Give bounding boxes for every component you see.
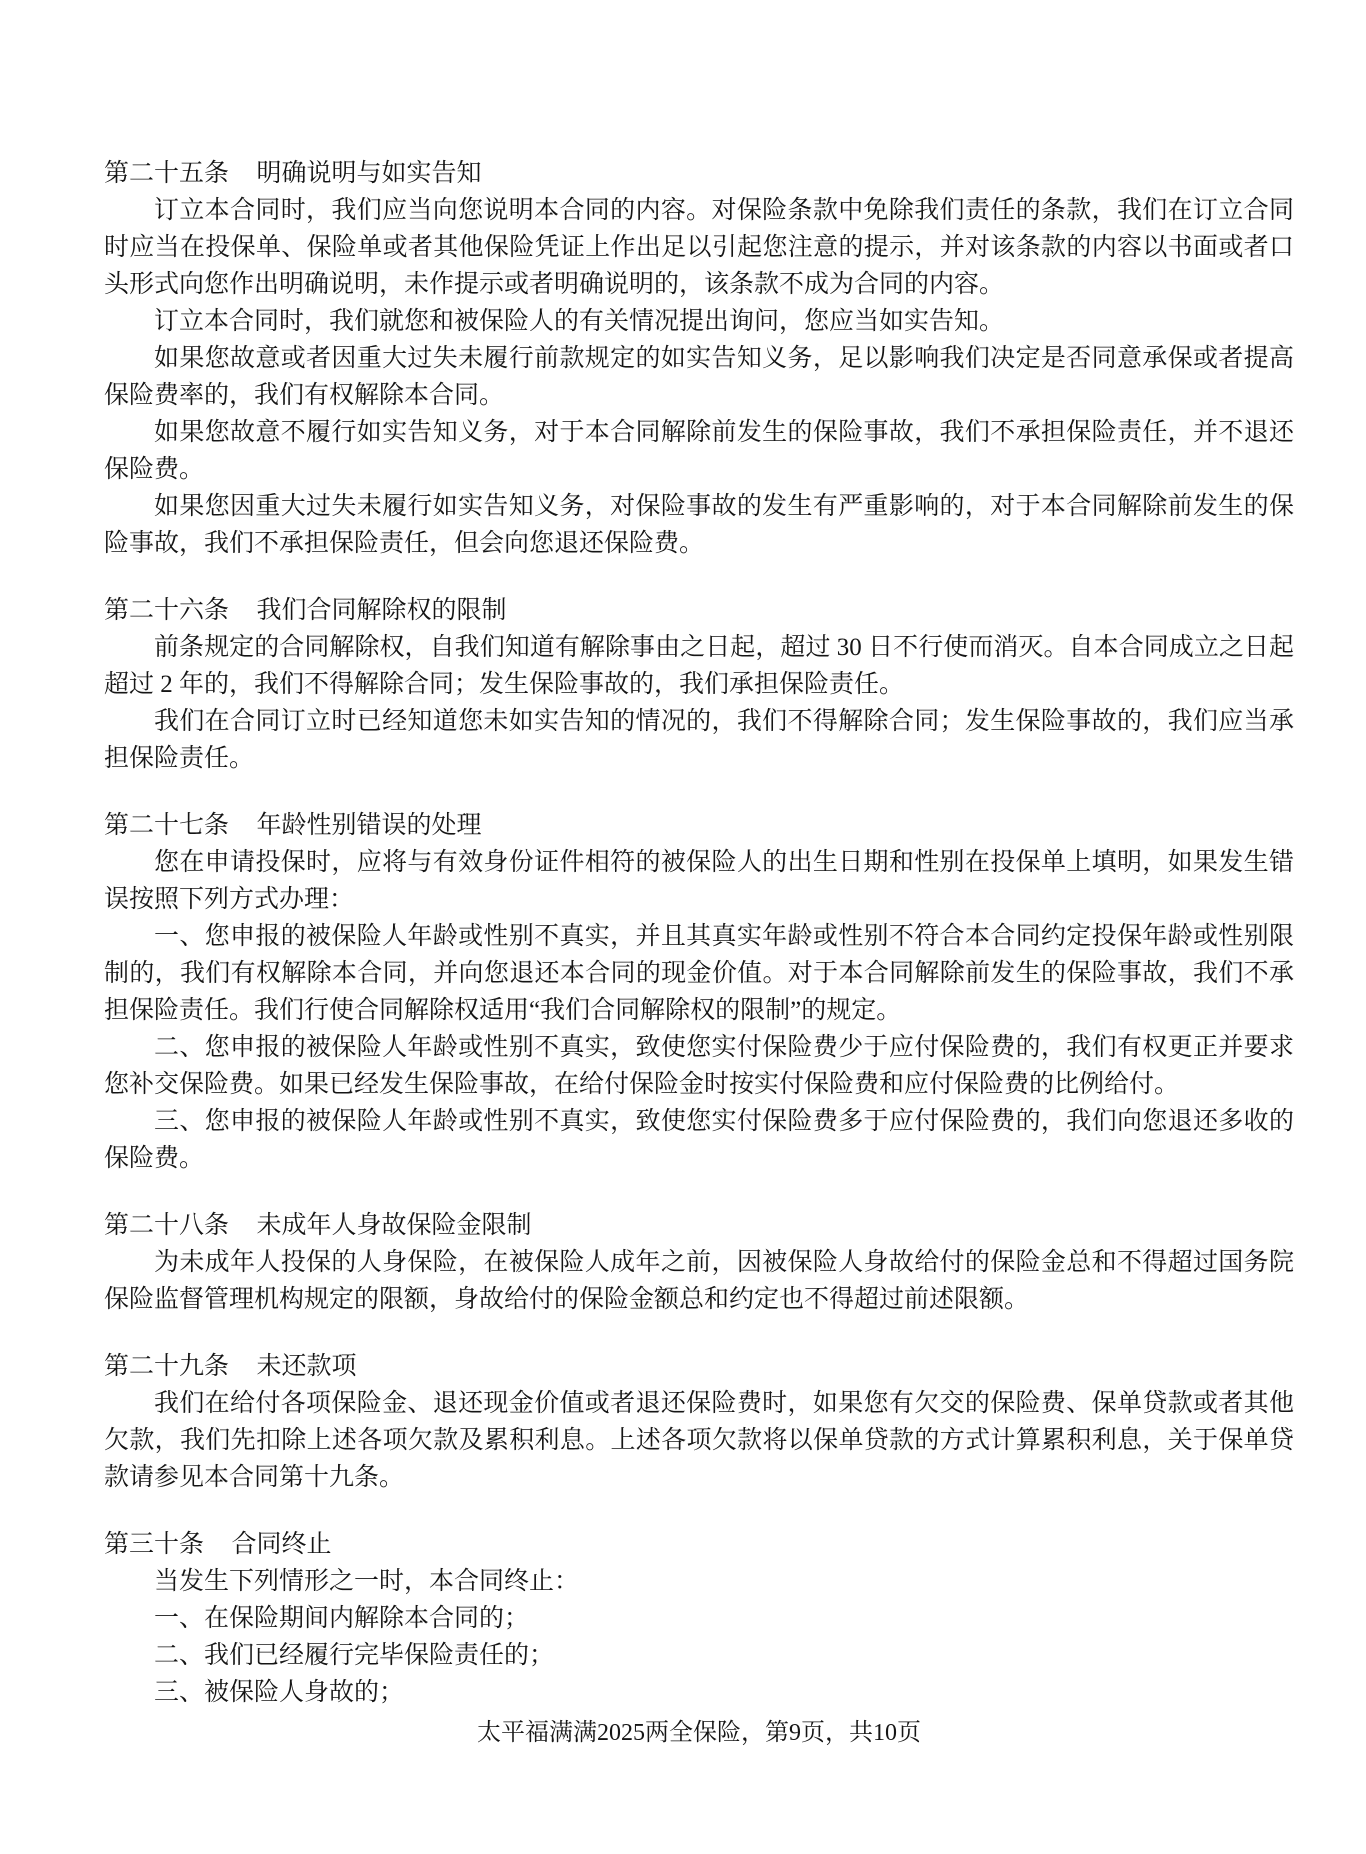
article-title: 未还款项 <box>257 1353 357 1380</box>
paragraph: 如果您故意或者因重大过失未履行前款规定的如实告知义务，足以影响我们决定是否同意承… <box>104 340 1294 414</box>
article-28: 第二十八条未成年人身故保险金限制 为未成年人投保的人身保险，在被保险人成年之前，… <box>104 1207 1294 1318</box>
article-27: 第二十七条年龄性别错误的处理 您在申请投保时，应将与有效身份证件相符的被保险人的… <box>104 807 1294 1177</box>
list-item-paragraph: 一、在保险期间内解除本合同的； <box>104 1600 1294 1637</box>
article-25: 第二十五条明确说明与如实告知 订立本合同时，我们应当向您说明本合同的内容。对保险… <box>104 155 1294 562</box>
article-29: 第二十九条未还款项 我们在给付各项保险金、退还现金价值或者退还保险费时，如果您有… <box>104 1348 1294 1496</box>
article-26-heading: 第二十六条我们合同解除权的限制 <box>104 592 1294 629</box>
article-30-heading: 第三十条合同终止 <box>104 1526 1294 1563</box>
policy-terms-content: 第二十五条明确说明与如实告知 订立本合同时，我们应当向您说明本合同的内容。对保险… <box>104 155 1294 1752</box>
article-title: 我们合同解除权的限制 <box>257 597 507 624</box>
paragraph: 当发生下列情形之一时，本合同终止： <box>104 1563 1294 1600</box>
article-title: 未成年人身故保险金限制 <box>257 1212 532 1239</box>
article-25-heading: 第二十五条明确说明与如实告知 <box>104 155 1294 192</box>
article-27-heading: 第二十七条年龄性别错误的处理 <box>104 807 1294 844</box>
paragraph: 您在申请投保时，应将与有效身份证件相符的被保险人的出生日期和性别在投保单上填明，… <box>104 844 1294 918</box>
paragraph: 我们在合同订立时已经知道您未如实告知的情况的，我们不得解除合同；发生保险事故的，… <box>104 703 1294 777</box>
article-number: 第二十六条 <box>104 597 229 624</box>
article-title: 明确说明与如实告知 <box>257 160 482 187</box>
article-28-heading: 第二十八条未成年人身故保险金限制 <box>104 1207 1294 1244</box>
list-item-paragraph: 二、我们已经履行完毕保险责任的； <box>104 1637 1294 1674</box>
page-footer: 太平福满满2025两全保险，第9页，共10页 <box>104 1715 1294 1752</box>
paragraph: 如果您故意不履行如实告知义务，对于本合同解除前发生的保险事故，我们不承担保险责任… <box>104 414 1294 488</box>
article-number: 第二十八条 <box>104 1212 229 1239</box>
article-number: 第二十七条 <box>104 812 229 839</box>
paragraph: 为未成年人投保的人身保险，在被保险人成年之前，因被保险人身故给付的保险金总和不得… <box>104 1244 1294 1318</box>
paragraph: 前条规定的合同解除权，自我们知道有解除事由之日起，超过 30 日不行使而消灭。自… <box>104 629 1294 703</box>
list-item-paragraph: 三、被保险人身故的； <box>104 1674 1294 1711</box>
article-26: 第二十六条我们合同解除权的限制 前条规定的合同解除权，自我们知道有解除事由之日起… <box>104 592 1294 777</box>
paragraph: 我们在给付各项保险金、退还现金价值或者退还保险费时，如果您有欠交的保险费、保单贷… <box>104 1385 1294 1496</box>
article-number: 第二十五条 <box>104 160 229 187</box>
paragraph: 如果您因重大过失未履行如实告知义务，对保险事故的发生有严重影响的，对于本合同解除… <box>104 488 1294 562</box>
article-number: 第二十九条 <box>104 1353 229 1380</box>
paragraph: 订立本合同时，我们就您和被保险人的有关情况提出询问，您应当如实告知。 <box>104 303 1294 340</box>
list-item-paragraph: 三、您申报的被保险人年龄或性别不真实，致使您实付保险费多于应付保险费的，我们向您… <box>104 1103 1294 1177</box>
article-number: 第三十条 <box>104 1531 204 1558</box>
paragraph: 订立本合同时，我们应当向您说明本合同的内容。对保险条款中免除我们责任的条款，我们… <box>104 192 1294 303</box>
document-page: 第二十五条明确说明与如实告知 订立本合同时，我们应当向您说明本合同的内容。对保险… <box>0 0 1366 1854</box>
article-29-heading: 第二十九条未还款项 <box>104 1348 1294 1385</box>
article-title: 合同终止 <box>232 1531 332 1558</box>
article-title: 年龄性别错误的处理 <box>257 812 482 839</box>
list-item-paragraph: 二、您申报的被保险人年龄或性别不真实，致使您实付保险费少于应付保险费的，我们有权… <box>104 1029 1294 1103</box>
list-item-paragraph: 一、您申报的被保险人年龄或性别不真实，并且其真实年龄或性别不符合本合同约定投保年… <box>104 918 1294 1029</box>
footer-text: 太平福满满2025两全保险，第9页，共10页 <box>477 1720 921 1746</box>
article-30: 第三十条合同终止 当发生下列情形之一时，本合同终止： 一、在保险期间内解除本合同… <box>104 1526 1294 1711</box>
